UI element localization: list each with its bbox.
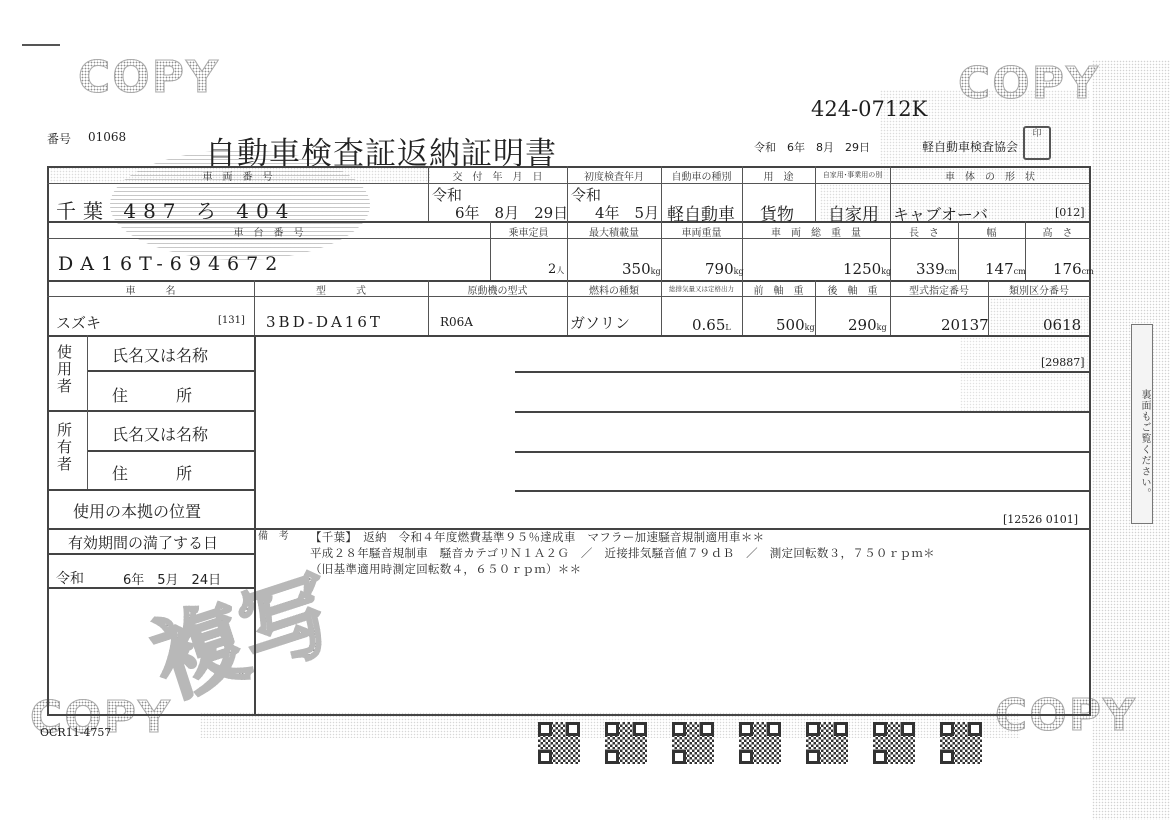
form-code: OCR11-4757 <box>40 726 111 739</box>
qr-code-icon <box>940 722 982 764</box>
header-issue-date: 交 付 年 月 日 <box>428 168 567 183</box>
header-fuel: 燃料の種類 <box>567 282 661 297</box>
header-length: 長 さ <box>890 224 958 239</box>
user-group-label: 使用者 <box>57 344 77 395</box>
header-type-designation: 型式指定番号 <box>890 282 988 297</box>
type-designation: 20137 <box>941 316 989 334</box>
header-make: 車 名 <box>47 282 254 297</box>
document-number: 01068 <box>88 130 126 144</box>
width-value: 147cm <box>985 260 1026 278</box>
header-category-number: 類別区分番号 <box>988 282 1090 297</box>
corner-mark <box>22 44 60 46</box>
copy-watermark-top-right: COPY <box>958 58 1100 109</box>
header-width: 幅 <box>958 224 1025 239</box>
qr-code-icon <box>806 722 848 764</box>
issue-date: 令和 6年 8月 29日 <box>754 139 870 155</box>
header-usage: 用 途 <box>742 168 815 183</box>
height-value: 176cm <box>1053 260 1094 278</box>
owner-name-label: 氏名又は名称 <box>112 422 208 445</box>
length-value: 339cm <box>916 260 957 278</box>
max-load-value: 350kg <box>622 260 661 278</box>
header-vehicle-weight: 車両重量 <box>661 224 742 239</box>
front-axle-value: 500kg <box>776 316 815 334</box>
make: スズキ <box>56 312 101 333</box>
gross-weight-value: 1250kg <box>843 260 891 278</box>
displacement-value: 0.65L <box>692 316 731 334</box>
vehicle-weight-value: 790kg <box>705 260 744 278</box>
qr-code-icon <box>739 722 781 764</box>
expiry-date: 6年 5月 24日 <box>123 569 221 588</box>
category-number: 0618 <box>1043 316 1081 334</box>
chassis-number: DA16T-694672 <box>58 253 284 275</box>
issue-date-value: 6年 8月 29日 <box>455 202 568 223</box>
private-business: 自家用 <box>828 200 879 225</box>
make-code: [131] <box>218 315 245 326</box>
usage: 貨物 <box>760 200 794 225</box>
expiry-era: 令和 <box>56 568 84 588</box>
header-capacity: 乗車定員 <box>490 224 567 239</box>
document-number-label: 番号 <box>47 130 71 147</box>
header-engine-model: 原動機の型式 <box>428 282 567 297</box>
qr-code-icon <box>605 722 647 764</box>
see-reverse-side-note: 裏面もご覧ください。 <box>1131 324 1153 524</box>
header-model: 型 式 <box>254 282 428 297</box>
model: 3BD-DA16T <box>266 313 383 331</box>
qr-code-icon <box>873 722 915 764</box>
remarks-line-1: 【千葉】 返納 令和４年度燃費基準９５％達成車 マフラー加速騒音規制適用車＊＊ <box>310 529 764 545</box>
qr-code-icon <box>672 722 714 764</box>
first-inspection-value: 4年 5月 <box>595 202 659 223</box>
user-name-label: 氏名又は名称 <box>112 343 208 366</box>
official-seal-icon: 印 <box>1023 126 1051 160</box>
header-body-shape: 車 体 の 形 状 <box>890 168 1090 183</box>
base-location-code: [12526 0101] <box>1003 513 1078 526</box>
header-max-load: 最大積載量 <box>567 224 661 239</box>
base-location-label: 使用の本拠の位置 <box>73 499 201 522</box>
header-chassis-number: 車 台 番 号 <box>47 224 490 239</box>
owner-address-label: 住 所 <box>112 461 192 484</box>
header-front-axle: 前 軸 重 <box>742 282 815 297</box>
expiry-label: 有効期間の満了する日 <box>68 532 218 553</box>
vehicle-category: 軽自動車 <box>667 200 735 225</box>
remarks-line-3: （旧基準適用時測定回転数４，６５０ｒｐｍ）＊＊ <box>310 561 581 577</box>
registration-number: 千葉 487 ろ 404 <box>56 195 295 224</box>
qr-code-icon <box>538 722 580 764</box>
remarks-line-2: 平成２８年騒音規制車 騒音カテゴリＮ１Ａ２Ｇ ／ 近接排気騒音値７９ｄＢ ／ 測… <box>310 545 935 561</box>
header-height: 高 さ <box>1025 224 1090 239</box>
issuer-name: 軽自動車検査協会 <box>922 138 1018 155</box>
remarks-label: 備 考 <box>258 529 289 545</box>
body-shape-code: [012] <box>1055 206 1085 219</box>
owner-group-label: 所有者 <box>57 422 77 473</box>
header-displacement: 総排気量又は定格出力 <box>661 284 742 293</box>
copy-watermark-top-left: COPY <box>78 52 220 103</box>
body-shape: キャブオーバ <box>893 202 988 225</box>
engine-model: R06A <box>440 315 473 329</box>
rear-axle-value: 290kg <box>848 316 887 334</box>
header-vehicle-category: 自動車の種別 <box>661 168 742 183</box>
header-rear-axle: 後 軸 重 <box>815 282 890 297</box>
fuel: ガソリン <box>570 312 630 333</box>
capacity-value: 2人 <box>548 262 564 277</box>
header-gross-weight: 車 両 総 重 量 <box>742 224 890 239</box>
header-registration-number: 車 両 番 号 <box>47 168 428 183</box>
header-first-inspection: 初度検査年月 <box>567 168 661 183</box>
user-address-label: 住 所 <box>112 383 192 406</box>
user-code: [29887] <box>1041 356 1085 369</box>
reference-code: 424-0712K <box>811 97 927 121</box>
header-private-business: 自家用･事業用の別 <box>815 170 890 180</box>
